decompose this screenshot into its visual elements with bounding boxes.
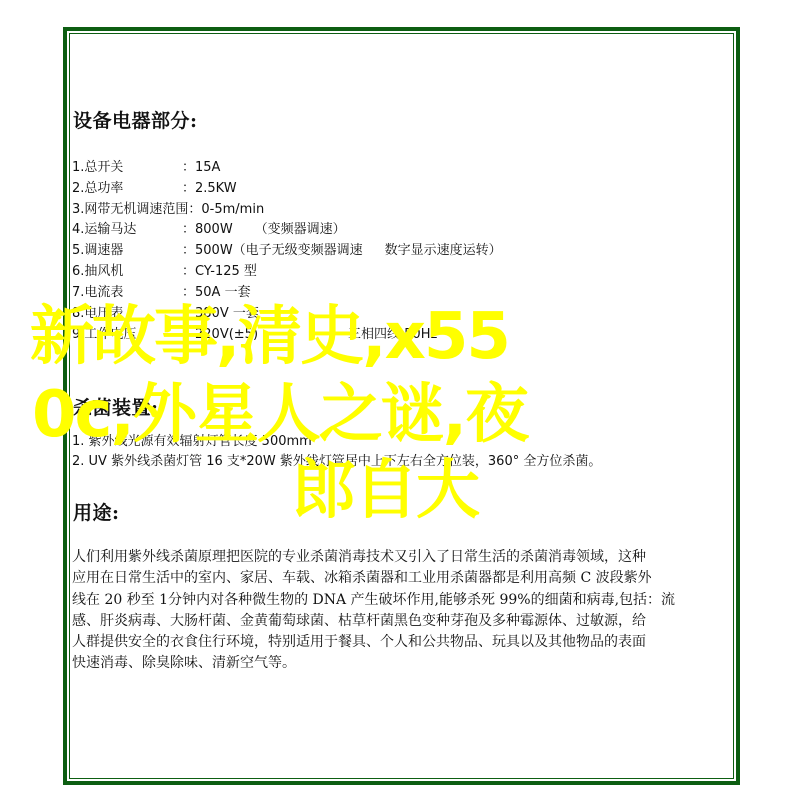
spec-key: 4.运输马达 xyxy=(72,220,182,240)
section-title-usage: 用途: xyxy=(73,498,120,525)
usage-paragraph-line: 人们利用紫外线杀菌原理把医院的专业杀菌消毒技术又引入了日常生活的杀菌消毒领域，这… xyxy=(72,547,646,568)
watermark-overlay-line2: 0c,外星人之谜,夜 xyxy=(32,376,527,454)
watermark-overlay-line3: 郎自大 xyxy=(292,452,478,530)
section-title-equipment: 设备电器部分: xyxy=(73,106,198,133)
usage-paragraph-line: 感、肝炎病毒、大肠杆菌、金黄葡萄球菌、枯草杆菌黑色变种芽孢及多种霉源体、过敏源，… xyxy=(72,611,646,632)
spec-value: ：15A xyxy=(182,158,220,178)
spec-extra: （变频器调速） xyxy=(255,220,346,240)
spec-value: ：800W xyxy=(182,220,233,240)
spec-key: 3.网带无机调速范围：0-5m/min xyxy=(72,202,264,217)
spec-row: 1.总开关：15A xyxy=(72,158,220,178)
spec-key: 5.调速器 xyxy=(72,241,182,261)
watermark-overlay-line1: 新故事,清史,x55 xyxy=(30,298,509,376)
spec-row: 2.总功率：2.5KW xyxy=(72,179,237,199)
spec-row: 5.调速器：500W（电子无级变频器调速数字显示速度运转） xyxy=(72,241,502,261)
spec-value: ：500W（电子无级变频器调速 xyxy=(182,241,363,261)
spec-key: 1.总开关 xyxy=(72,158,182,178)
spec-extra: 数字显示速度运转） xyxy=(385,241,502,261)
spec-row: 4.运输马达：800W（变频器调速） xyxy=(72,220,346,240)
spec-value: ：CY-125 型 xyxy=(182,262,257,282)
usage-paragraph-line: 应用在日常生活中的室内、家居、车载、冰箱杀菌器和工业用杀菌器都是利用高频 C 波… xyxy=(72,568,652,589)
usage-paragraph-line: 快速消毒、除臭除味、清新空气等。 xyxy=(72,653,296,674)
spec-key: 6.抽风机 xyxy=(72,262,182,282)
usage-paragraph-line: 人群提供安全的衣食住行环境，特别适用于餐具、个人和公共物品、玩具以及其他物品的表… xyxy=(72,632,646,653)
spec-row: 6.抽风机：CY-125 型 xyxy=(72,262,257,282)
spec-value: ：2.5KW xyxy=(182,179,237,199)
usage-paragraph-line: 线在 20 秒至 1分钟内对各种微生物的 DNA 产生破坏作用,能够杀死 99%… xyxy=(72,590,675,611)
spec-key: 2.总功率 xyxy=(72,179,182,199)
spec-row: 3.网带无机调速范围：0-5m/min xyxy=(72,200,264,220)
